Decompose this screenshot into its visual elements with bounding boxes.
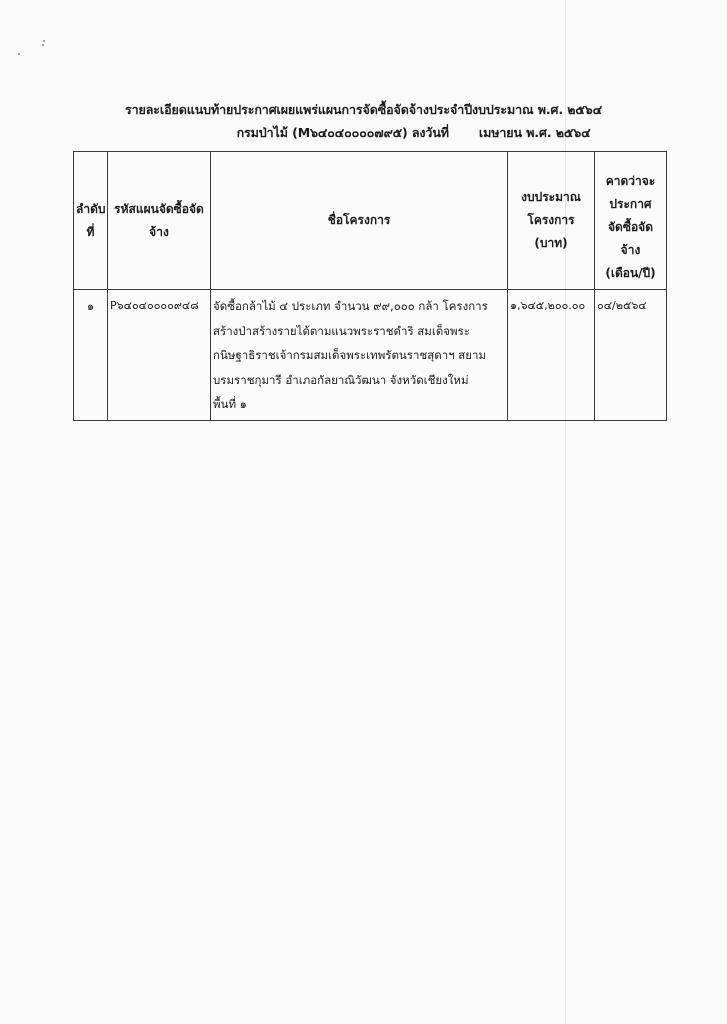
announce-date: เมษายน พ.ศ. ๒๕๖๔ — [479, 125, 591, 140]
project-name-line: พื้นที่ ๑ — [213, 392, 505, 417]
header-budget-line: งบประมาณ — [510, 186, 592, 209]
cell-project-name: จัดซื้อกล้าไม้ ๔ ประเภท จำนวน ๙๙,๐๐๐ กล้… — [211, 290, 508, 421]
project-name-line: จัดซื้อกล้าไม้ ๔ ประเภท จำนวน ๙๙,๐๐๐ กล้… — [213, 294, 505, 319]
header-code-line: รหัสแผนจัดซื้อจัด — [110, 198, 208, 221]
project-name-line: กนิษฐาธิราชเจ้ากรมสมเด็จพระเทพรัตนราชสุด… — [213, 343, 505, 368]
header-plan-code: รหัสแผนจัดซื้อจัด จ้าง — [108, 152, 211, 290]
table-header-row: ลำดับ ที่ รหัสแผนจัดซื้อจัด จ้าง ชื่อโคร… — [74, 152, 667, 290]
header-date-line: ประกาศ — [597, 193, 664, 216]
header-budget: งบประมาณ โครงการ (บาท) — [508, 152, 595, 290]
header-date-line: จัดซื้อจัด — [597, 216, 664, 239]
header-expected-date: คาดว่าจะ ประกาศ จัดซื้อจัด จ้าง (เดือน/ป… — [595, 152, 667, 290]
cell-no: ๑ — [74, 290, 108, 421]
header-no-line: ลำดับ — [76, 198, 105, 221]
header-budget-line: โครงการ — [510, 209, 592, 232]
table-row: ๑ P๖๔๐๔๐๐๐๐๙๔๘ จัดซื้อกล้าไม้ ๔ ประเภท จ… — [74, 290, 667, 421]
cell-budget: ๑,๖๔๕,๒๐๐.๐๐ — [508, 290, 595, 421]
header-date-line: จ้าง — [597, 239, 664, 262]
project-name-line: สร้างป่าสร้างรายได้ตามแนวพระราชดำริ สมเด… — [213, 319, 505, 344]
header-code-line: จ้าง — [110, 221, 208, 244]
document-subtitle: กรมป่าไม้ (M๖๔๐๔๐๐๐๐๗๙๕) ลงวันที่เมษายน … — [50, 123, 727, 143]
scan-speck — [43, 40, 45, 42]
header-no-line: ที่ — [76, 221, 105, 244]
procurement-table: ลำดับ ที่ รหัสแผนจัดซื้อจัด จ้าง ชื่อโคร… — [73, 151, 667, 421]
header-no: ลำดับ ที่ — [74, 152, 108, 290]
scan-speck — [18, 53, 20, 55]
cell-expected-date: ๐๔/๒๕๖๔ — [595, 290, 667, 421]
header-project-name: ชื่อโครงการ — [211, 152, 508, 290]
header-date-line: (เดือน/ปี) — [597, 262, 664, 285]
agency-ref: กรมป่าไม้ (M๖๔๐๔๐๐๐๐๗๙๕) ลงวันที่ — [237, 125, 449, 140]
header-name-line: ชื่อโครงการ — [213, 209, 505, 232]
cell-plan-code: P๖๔๐๔๐๐๐๐๙๔๘ — [108, 290, 211, 421]
project-name-line: บรมราชกุมารี อำเภอกัลยาณิวัฒนา จังหวัดเช… — [213, 368, 505, 393]
header-date-line: คาดว่าจะ — [597, 170, 664, 193]
header-budget-line: (บาท) — [510, 232, 592, 255]
document-title: รายละเอียดแนบท้ายประกาศเผยแพร่แผนการจัดซ… — [0, 100, 727, 120]
scan-speck — [42, 44, 44, 46]
